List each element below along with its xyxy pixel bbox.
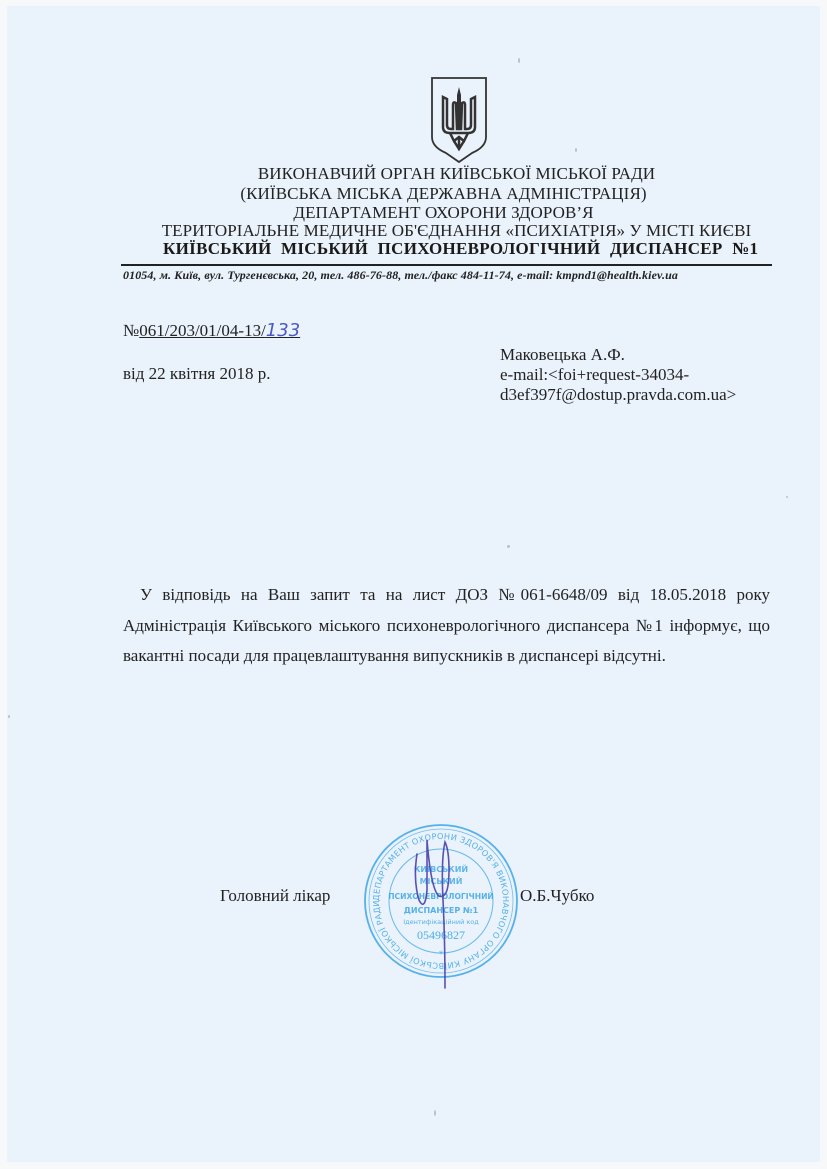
reference-number-value: 061/203/01/04-13/ — [139, 321, 266, 340]
signatory-title: Головний лікар — [220, 886, 330, 906]
coat-of-arms-icon — [428, 75, 490, 165]
recipient-name: Маковецька А.Ф. — [500, 345, 736, 365]
letterhead-line-4: ТЕРИТОРІАЛЬНЕ МЕДИЧНЕ ОБ'ЄДНАННЯ «ПСИХІА… — [43, 222, 827, 240]
handwritten-signature-icon — [405, 820, 465, 990]
scan-speck — [507, 545, 510, 548]
signatory-name: О.Б.Чубко — [520, 886, 594, 906]
letter-body: У відповідь на Ваш запит та на лист ДОЗ … — [123, 580, 770, 672]
scan-speck — [786, 496, 788, 498]
scan-speck — [434, 1110, 436, 1116]
recipient-email-line-1: e-mail:<foi+request-34034- — [500, 365, 736, 385]
letterhead-divider — [121, 264, 772, 266]
recipient-block: Маковецька А.Ф. e-mail:<foi+request-3403… — [500, 345, 736, 405]
scan-speck — [8, 715, 10, 718]
scan-speck — [575, 148, 577, 152]
reference-number: №061/203/01/04-13/133 — [123, 320, 300, 341]
letterhead-line-1: ВИКОНАВЧИЙ ОРГАН КИЇВСЬКОЇ МІСЬКОЇ РАДИ — [43, 165, 827, 183]
letterhead-address: 01054, м. Київ, вул. Тургенєвська, 20, т… — [123, 268, 678, 283]
letterhead-line-3: ДЕПАРТАМЕНТ ОХОРОНИ ЗДОРОВ’Я — [30, 204, 827, 222]
scan-speck — [518, 58, 520, 63]
letter-date: від 22 квітня 2018 р. — [123, 364, 271, 384]
recipient-email-line-2: d3ef397f@dostup.pravda.com.ua> — [500, 385, 736, 405]
institution-name: КИЇВСЬКИЙ МІСЬКИЙ ПСИХОНЕВРОЛОГІЧНИЙ ДИС… — [163, 240, 758, 258]
reference-prefix: № — [123, 321, 139, 340]
reference-handwritten-suffix: 133 — [266, 320, 300, 341]
letterhead-line-2: (КИЇВСЬКА МІСЬКА ДЕРЖАВНА АДМІНІСТРАЦІЯ) — [30, 185, 827, 203]
body-paragraph: У відповідь на Ваш запит та на лист ДОЗ … — [123, 585, 770, 665]
